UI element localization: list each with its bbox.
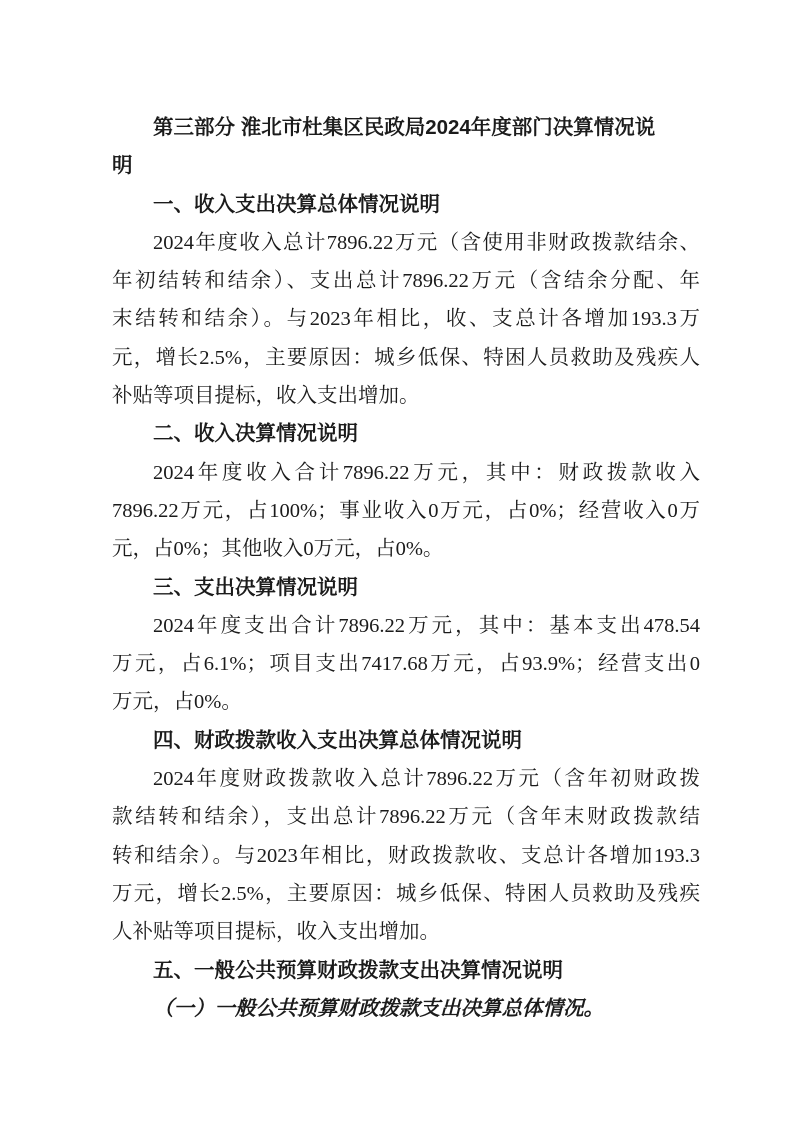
section-1-heading: 一、收入支出决算总体情况说明 xyxy=(112,186,700,224)
section-5-subheading: （一）一般公共预算财政拨款支出决算总体情况。 xyxy=(112,990,700,1028)
section-4-paragraph-line: 转和结余）。与2023年相比，财政拨款收、支总计各增加193.3 xyxy=(112,837,700,875)
document-title-line-1: 第三部分 淮北市杜集区民政局2024年度部门决算情况说 xyxy=(112,109,700,147)
section-2-paragraph-line: 2024年度收入合计7896.22万元，其中：财政拨款收入 xyxy=(112,454,700,492)
section-1-paragraph-line: 年初结转和结余）、支出总计7896.22万元（含结余分配、年 xyxy=(112,262,700,300)
section-4-heading: 四、财政拨款收入支出决算总体情况说明 xyxy=(112,722,700,760)
section-2-paragraph-line: 7896.22万元，占100%；事业收入0万元，占0%；经营收入0万 xyxy=(112,492,700,530)
section-1-paragraph-line: 元，增长2.5%，主要原因：城乡低保、特困人员救助及残疾人 xyxy=(112,339,700,377)
section-3-paragraph-line: 万元，占0%。 xyxy=(112,683,700,721)
section-2-paragraph-line: 元，占0%；其他收入0万元，占0%。 xyxy=(112,530,700,568)
section-4-paragraph-line: 人补贴等项目提标，收入支出增加。 xyxy=(112,913,700,951)
section-3-paragraph-line: 2024年度支出合计7896.22万元，其中：基本支出478.54 xyxy=(112,607,700,645)
document-content: 第三部分 淮北市杜集区民政局2024年度部门决算情况说 明 一、收入支出决算总体… xyxy=(0,0,794,1028)
section-2-heading: 二、收入决算情况说明 xyxy=(112,415,700,453)
section-1-paragraph-line: 补贴等项目提标，收入支出增加。 xyxy=(112,377,700,415)
document-page: 第三部分 淮北市杜集区民政局2024年度部门决算情况说 明 一、收入支出决算总体… xyxy=(0,0,794,1122)
section-4-paragraph-line: 万元，增长2.5%，主要原因：城乡低保、特困人员救助及残疾 xyxy=(112,875,700,913)
section-3-heading: 三、支出决算情况说明 xyxy=(112,569,700,607)
section-4-paragraph-line: 2024年度财政拨款收入总计7896.22万元（含年初财政拨 xyxy=(112,760,700,798)
document-title-line-2: 明 xyxy=(112,147,700,185)
section-3-paragraph-line: 万元，占6.1%；项目支出7417.68万元，占93.9%；经营支出0 xyxy=(112,645,700,683)
section-5-heading: 五、一般公共预算财政拨款支出决算情况说明 xyxy=(112,952,700,990)
section-1-paragraph-line: 末结转和结余）。与2023年相比，收、支总计各增加193.3万 xyxy=(112,300,700,338)
section-4-paragraph-line: 款结转和结余），支出总计7896.22万元（含年末财政拨款结 xyxy=(112,798,700,836)
section-1-paragraph-line: 2024年度收入总计7896.22万元（含使用非财政拨款结余、 xyxy=(112,224,700,262)
